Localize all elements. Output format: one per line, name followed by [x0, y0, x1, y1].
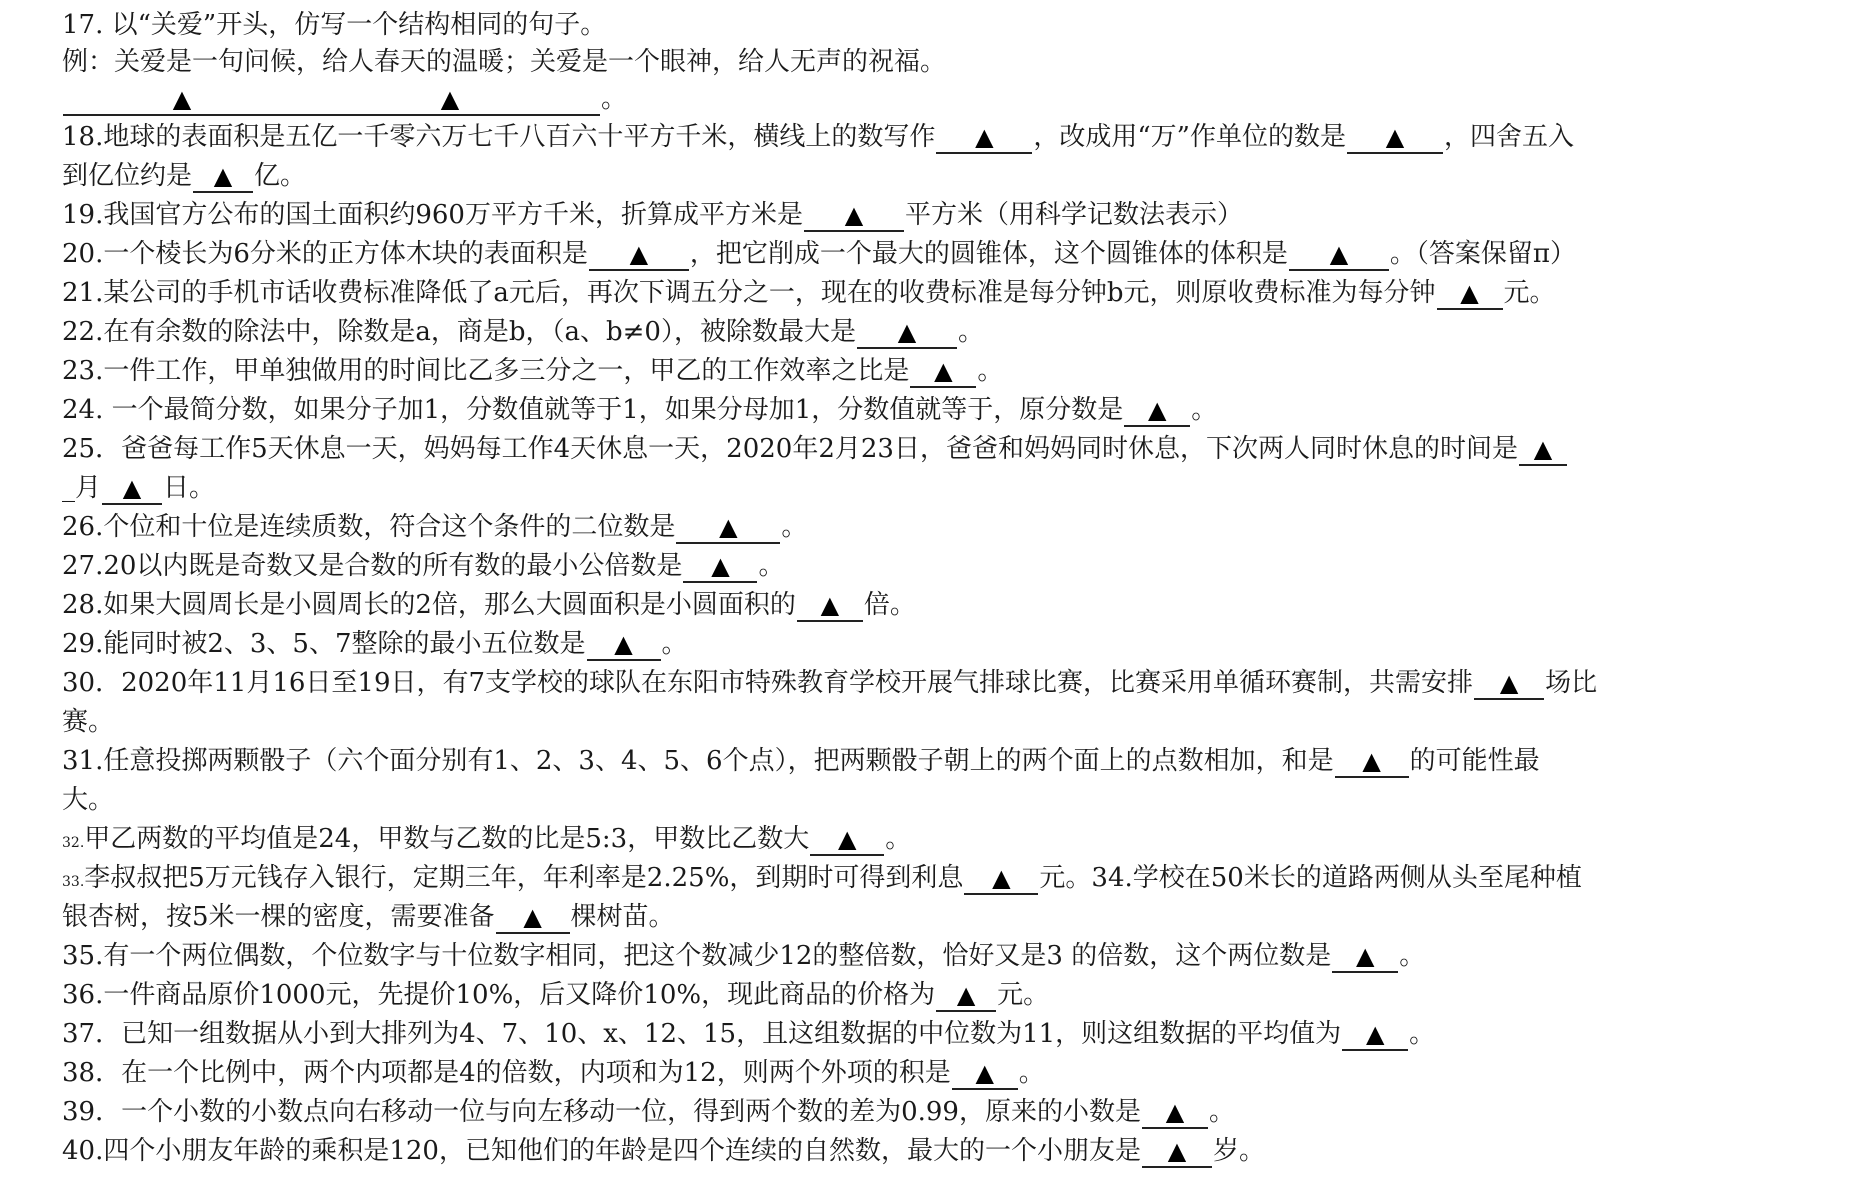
- question-text: 。: [1191, 395, 1217, 425]
- answer-blank[interactable]: ▲: [1347, 122, 1443, 154]
- triangle-marker-icon: ▲: [123, 474, 141, 502]
- answer-blank[interactable]: ▲: [587, 629, 661, 661]
- question-text: 。: [758, 551, 784, 581]
- answer-blank[interactable]: ▲: [193, 161, 253, 193]
- question-31: 31.任意投掷两颗骰子（六个面分别有1、2、3、4、5、6个点），把两颗骰子朝上…: [62, 742, 1540, 780]
- question-21: 21.某公司的手机市话收费标准降低了a元后，再次下调五分之一，现在的收费标准是每…: [62, 274, 1556, 312]
- triangle-marker-icon: ▲: [898, 318, 916, 346]
- answer-blank[interactable]: ▲: [804, 200, 904, 232]
- question-text: 。: [1019, 1058, 1045, 1088]
- triangle-marker-icon: ▲: [1460, 279, 1478, 307]
- answer-blank[interactable]: ▲: [964, 863, 1038, 895]
- answer-blank[interactable]: ▲: [1335, 746, 1409, 778]
- triangle-marker-icon: ▲: [1500, 669, 1518, 697]
- question-25: 25．爸爸每工作5天休息一天，妈妈每工作4天休息一天，2020年2月23日，爸爸…: [62, 430, 1568, 468]
- triangle-marker-icon: ▲: [975, 123, 993, 151]
- triangle-marker-icon: ▲: [1148, 396, 1166, 424]
- triangle-marker-icon: ▲: [845, 201, 863, 229]
- answer-blank[interactable]: ▲: [102, 473, 162, 505]
- question-27: 27.20以内既是奇数又是合数的所有数的最小公倍数是▲。: [62, 547, 784, 585]
- triangle-marker-icon: ▲: [1362, 747, 1380, 775]
- triangle-marker-icon: ▲: [1534, 435, 1552, 463]
- question-32: 32.甲乙两数的平均值是24，甲数与乙数的比是5:3，甲数比乙数大▲。: [62, 820, 911, 858]
- question-text: 到亿位约是: [62, 161, 192, 191]
- question-text: 29.能同时被2、3、5、7整除的最小五位数是: [62, 629, 586, 659]
- question-23: 23.一件工作，甲单独做用的时间比乙多三分之一，甲乙的工作效率之比是▲。: [62, 352, 1003, 390]
- question-text: 。: [958, 317, 984, 347]
- triangle-marker-icon: ▲: [441, 85, 459, 113]
- question-31-cont: 大。: [62, 781, 114, 819]
- question-text: 。: [1209, 1097, 1235, 1127]
- question-text: 。: [885, 824, 911, 854]
- question-text: 李叔叔把5万元钱存入银行，定期三年，年利率是2.25%，到期时可得到利息: [84, 863, 963, 893]
- question-text: 。: [781, 512, 807, 542]
- question-text: 30．2020年11月16日至19日，有7支学校的球队在东阳市特殊教育学校开展气…: [62, 668, 1473, 698]
- question-text: 场比: [1545, 668, 1597, 698]
- question-36: 36.一件商品原价1000元，先提价10%，后又降价10%，现此商品的价格为▲元…: [62, 976, 1049, 1014]
- question-35: 35.有一个两位偶数，个位数字与十位数字相同，把这个数减少12的整倍数，恰好又是…: [62, 937, 1425, 975]
- question-text: 岁。: [1213, 1136, 1265, 1166]
- question-text: ，改成用“万”作单位的数是: [1033, 122, 1346, 152]
- question-17-answer-line: ▲▲。: [62, 80, 627, 118]
- question-text: 23.一件工作，甲单独做用的时间比乙多三分之一，甲乙的工作效率之比是: [62, 356, 909, 386]
- question-24: 24. 一个最简分数，如果分子加1，分数值就等于1，如果分母加1，分数值就等于，…: [62, 391, 1217, 429]
- answer-blank[interactable]: ▲: [676, 512, 780, 544]
- question-text: 的可能性最: [1410, 746, 1540, 776]
- question-text: 大。: [62, 785, 114, 815]
- triangle-marker-icon: ▲: [1330, 240, 1348, 268]
- question-text: ，把它削成一个最大的圆锥体，这个圆锥体的体积是: [690, 239, 1288, 269]
- answer-blank[interactable]: ▲: [1474, 668, 1544, 700]
- question-28: 28.如果大圆周长是小圆周长的2倍，那么大圆面积是小圆面积的▲倍。: [62, 586, 916, 624]
- question-number: 33.: [62, 874, 84, 890]
- question-text: 。: [1409, 1019, 1435, 1049]
- question-text: 。: [662, 629, 688, 659]
- question-38: 38．在一个比例中，两个内项都是4的倍数，内项和为12，则两个外项的积是▲。: [62, 1054, 1045, 1092]
- answer-blank[interactable]: ▲: [1332, 941, 1398, 973]
- question-text: 银杏树，按5米一棵的密度，需要准备: [62, 902, 495, 932]
- answer-blank[interactable]: ▲: [1342, 1019, 1408, 1051]
- question-text: 元。34.学校在50米长的道路两侧从头至尾种植: [1039, 863, 1581, 893]
- question-text: 19.我国官方公布的国土面积约960万平方千米，折算成平方米是: [62, 200, 803, 230]
- question-text: 20.一个棱长为6分米的正方体木块的表面积是: [62, 239, 588, 269]
- question-text: 。: [977, 356, 1003, 386]
- answer-blank[interactable]: ▲: [1124, 395, 1190, 427]
- question-text: 38．在一个比例中，两个内项都是4的倍数，内项和为12，则两个外项的积是: [62, 1058, 951, 1088]
- answer-blank[interactable]: ▲: [810, 824, 884, 856]
- question-17-example: 例：关爱是一句问候，给人春天的温暖；关爱是一个眼神，给人无声的祝福。: [62, 43, 946, 81]
- example-text: 例：关爱是一句问候，给人春天的温暖；关爱是一个眼神，给人无声的祝福。: [62, 47, 946, 77]
- triangle-marker-icon: ▲: [214, 162, 232, 190]
- question-text: 26.个位和十位是连续质数，符合这个条件的二位数是: [62, 512, 675, 542]
- question-40: 40.四个小朋友年龄的乘积是120，已知他们的年龄是四个连续的自然数，最大的一个…: [62, 1132, 1265, 1170]
- question-number: 32.: [62, 835, 84, 851]
- answer-blank[interactable]: ▲: [797, 590, 863, 622]
- answer-blank[interactable]: ▲: [496, 902, 570, 934]
- question-text: _月: [62, 473, 101, 503]
- answer-blank[interactable]: ▲: [952, 1058, 1018, 1090]
- question-text: 亿。: [254, 161, 306, 191]
- question-text: 。（答案保留π）: [1390, 239, 1576, 269]
- triangle-marker-icon: ▲: [838, 825, 856, 853]
- answer-blank[interactable]: ▲: [683, 551, 757, 583]
- triangle-marker-icon: ▲: [173, 85, 191, 113]
- answer-blank[interactable]: ▲: [857, 317, 957, 349]
- question-text: 22.在有余数的除法中，除数是a，商是b，（a、b≠0），被除数最大是: [62, 317, 856, 347]
- question-text: 37．已知一组数据从小到大排列为4、7、10、x、12、15，且这组数据的中位数…: [62, 1019, 1341, 1049]
- answer-blank[interactable]: ▲: [63, 84, 301, 116]
- answer-blank[interactable]: ▲: [936, 980, 996, 1012]
- question-26: 26.个位和十位是连续质数，符合这个条件的二位数是▲。: [62, 508, 807, 546]
- question-19: 19.我国官方公布的国土面积约960万平方千米，折算成平方米是▲平方米（用科学记…: [62, 196, 1243, 234]
- question-20: 20.一个棱长为6分米的正方体木块的表面积是▲，把它削成一个最大的圆锥体，这个圆…: [62, 235, 1576, 273]
- question-33: 33.李叔叔把5万元钱存入银行，定期三年，年利率是2.25%，到期时可得到利息▲…: [62, 859, 1582, 897]
- question-17: 17. 以“关爱”开头，仿写一个结构相同的句子。: [62, 6, 606, 44]
- question-text: 甲乙两数的平均值是24，甲数与乙数的比是5:3，甲数比乙数大: [84, 824, 809, 854]
- question-text: 日。: [163, 473, 215, 503]
- triangle-marker-icon: ▲: [614, 630, 632, 658]
- period: 。: [601, 84, 627, 114]
- question-39: 39．一个小数的小数点向右移动一位与向左移动一位，得到两个数的差为0.99，原来…: [62, 1093, 1235, 1131]
- question-30: 30．2020年11月16日至19日，有7支学校的球队在东阳市特殊教育学校开展气…: [62, 664, 1597, 702]
- question-text: 倍。: [864, 590, 916, 620]
- question-text: 25．爸爸每工作5天休息一天，妈妈每工作4天休息一天，2020年2月23日，爸爸…: [62, 434, 1518, 464]
- question-text: 31.任意投掷两颗骰子（六个面分别有1、2、3、4、5、6个点），把两颗骰子朝上…: [62, 746, 1334, 776]
- question-text: 40.四个小朋友年龄的乘积是120，已知他们的年龄是四个连续的自然数，最大的一个…: [62, 1136, 1141, 1166]
- triangle-marker-icon: ▲: [711, 552, 729, 580]
- question-text: 21.某公司的手机市话收费标准降低了a元后，再次下调五分之一，现在的收费标准是每…: [62, 278, 1436, 308]
- triangle-marker-icon: ▲: [1366, 1020, 1384, 1048]
- question-text: 39．一个小数的小数点向右移动一位与向左移动一位，得到两个数的差为0.99，原来…: [62, 1097, 1141, 1127]
- triangle-marker-icon: ▲: [1356, 942, 1374, 970]
- question-text: ，四舍五入: [1444, 122, 1574, 152]
- question-34-cont: 银杏树，按5米一棵的密度，需要准备▲棵树苗。: [62, 898, 675, 936]
- question-text: 24. 一个最简分数，如果分子加1，分数值就等于1，如果分母加1，分数值就等于，…: [62, 395, 1123, 425]
- question-37: 37．已知一组数据从小到大排列为4、7、10、x、12、15，且这组数据的中位数…: [62, 1015, 1435, 1053]
- triangle-marker-icon: ▲: [1386, 123, 1404, 151]
- answer-blank[interactable]: ▲: [1142, 1136, 1212, 1168]
- question-30-cont: 赛。: [62, 703, 114, 741]
- answer-blank[interactable]: ▲: [1142, 1097, 1208, 1129]
- answer-blank[interactable]: ▲: [589, 239, 689, 271]
- answer-blank[interactable]: ▲: [1519, 434, 1567, 466]
- answer-blank[interactable]: ▲: [1437, 278, 1503, 310]
- question-text: 平方米（用科学记数法表示）: [905, 200, 1243, 230]
- question-text: 元。: [997, 980, 1049, 1010]
- triangle-marker-icon: ▲: [934, 357, 952, 385]
- triangle-marker-icon: ▲: [523, 903, 541, 931]
- question-text: 36.一件商品原价1000元，先提价10%，后又降价10%，现此商品的价格为: [62, 980, 935, 1010]
- question-18-cont: 到亿位约是▲亿。: [62, 157, 306, 195]
- question-text: 28.如果大圆周长是小圆周长的2倍，那么大圆面积是小圆面积的: [62, 590, 796, 620]
- triangle-marker-icon: ▲: [821, 591, 839, 619]
- triangle-marker-icon: ▲: [975, 1059, 993, 1087]
- triangle-marker-icon: ▲: [630, 240, 648, 268]
- question-text: 35.有一个两位偶数，个位数字与十位数字相同，把这个数减少12的整倍数，恰好又是…: [62, 941, 1331, 971]
- answer-blank[interactable]: ▲: [936, 122, 1032, 154]
- question-text: 赛。: [62, 707, 114, 737]
- answer-blank[interactable]: ▲: [1289, 239, 1389, 271]
- triangle-marker-icon: ▲: [992, 864, 1010, 892]
- question-text: 18.地球的表面积是五亿一千零六万七千八百六十平方千米，横线上的数写作: [62, 122, 935, 152]
- exam-page: 17. 以“关爱”开头，仿写一个结构相同的句子。 例：关爱是一句问候，给人春天的…: [0, 0, 1850, 1180]
- question-text: 。: [1399, 941, 1425, 971]
- question-text: 17. 以“关爱”开头，仿写一个结构相同的句子。: [62, 10, 606, 40]
- question-text: 27.20以内既是奇数又是合数的所有数的最小公倍数是: [62, 551, 682, 581]
- answer-blank[interactable]: ▲: [300, 84, 600, 116]
- question-29: 29.能同时被2、3、5、7整除的最小五位数是▲。: [62, 625, 688, 663]
- triangle-marker-icon: ▲: [1168, 1137, 1186, 1165]
- question-text: 元。: [1504, 278, 1556, 308]
- question-text: 棵树苗。: [571, 902, 675, 932]
- question-18: 18.地球的表面积是五亿一千零六万七千八百六十平方千米，横线上的数写作▲，改成用…: [62, 118, 1574, 156]
- question-25-cont: _月▲日。: [62, 469, 215, 507]
- question-22: 22.在有余数的除法中，除数是a，商是b，（a、b≠0），被除数最大是▲。: [62, 313, 984, 351]
- answer-blank[interactable]: ▲: [910, 356, 976, 388]
- triangle-marker-icon: ▲: [719, 513, 737, 541]
- triangle-marker-icon: ▲: [1166, 1098, 1184, 1126]
- triangle-marker-icon: ▲: [957, 981, 975, 1009]
